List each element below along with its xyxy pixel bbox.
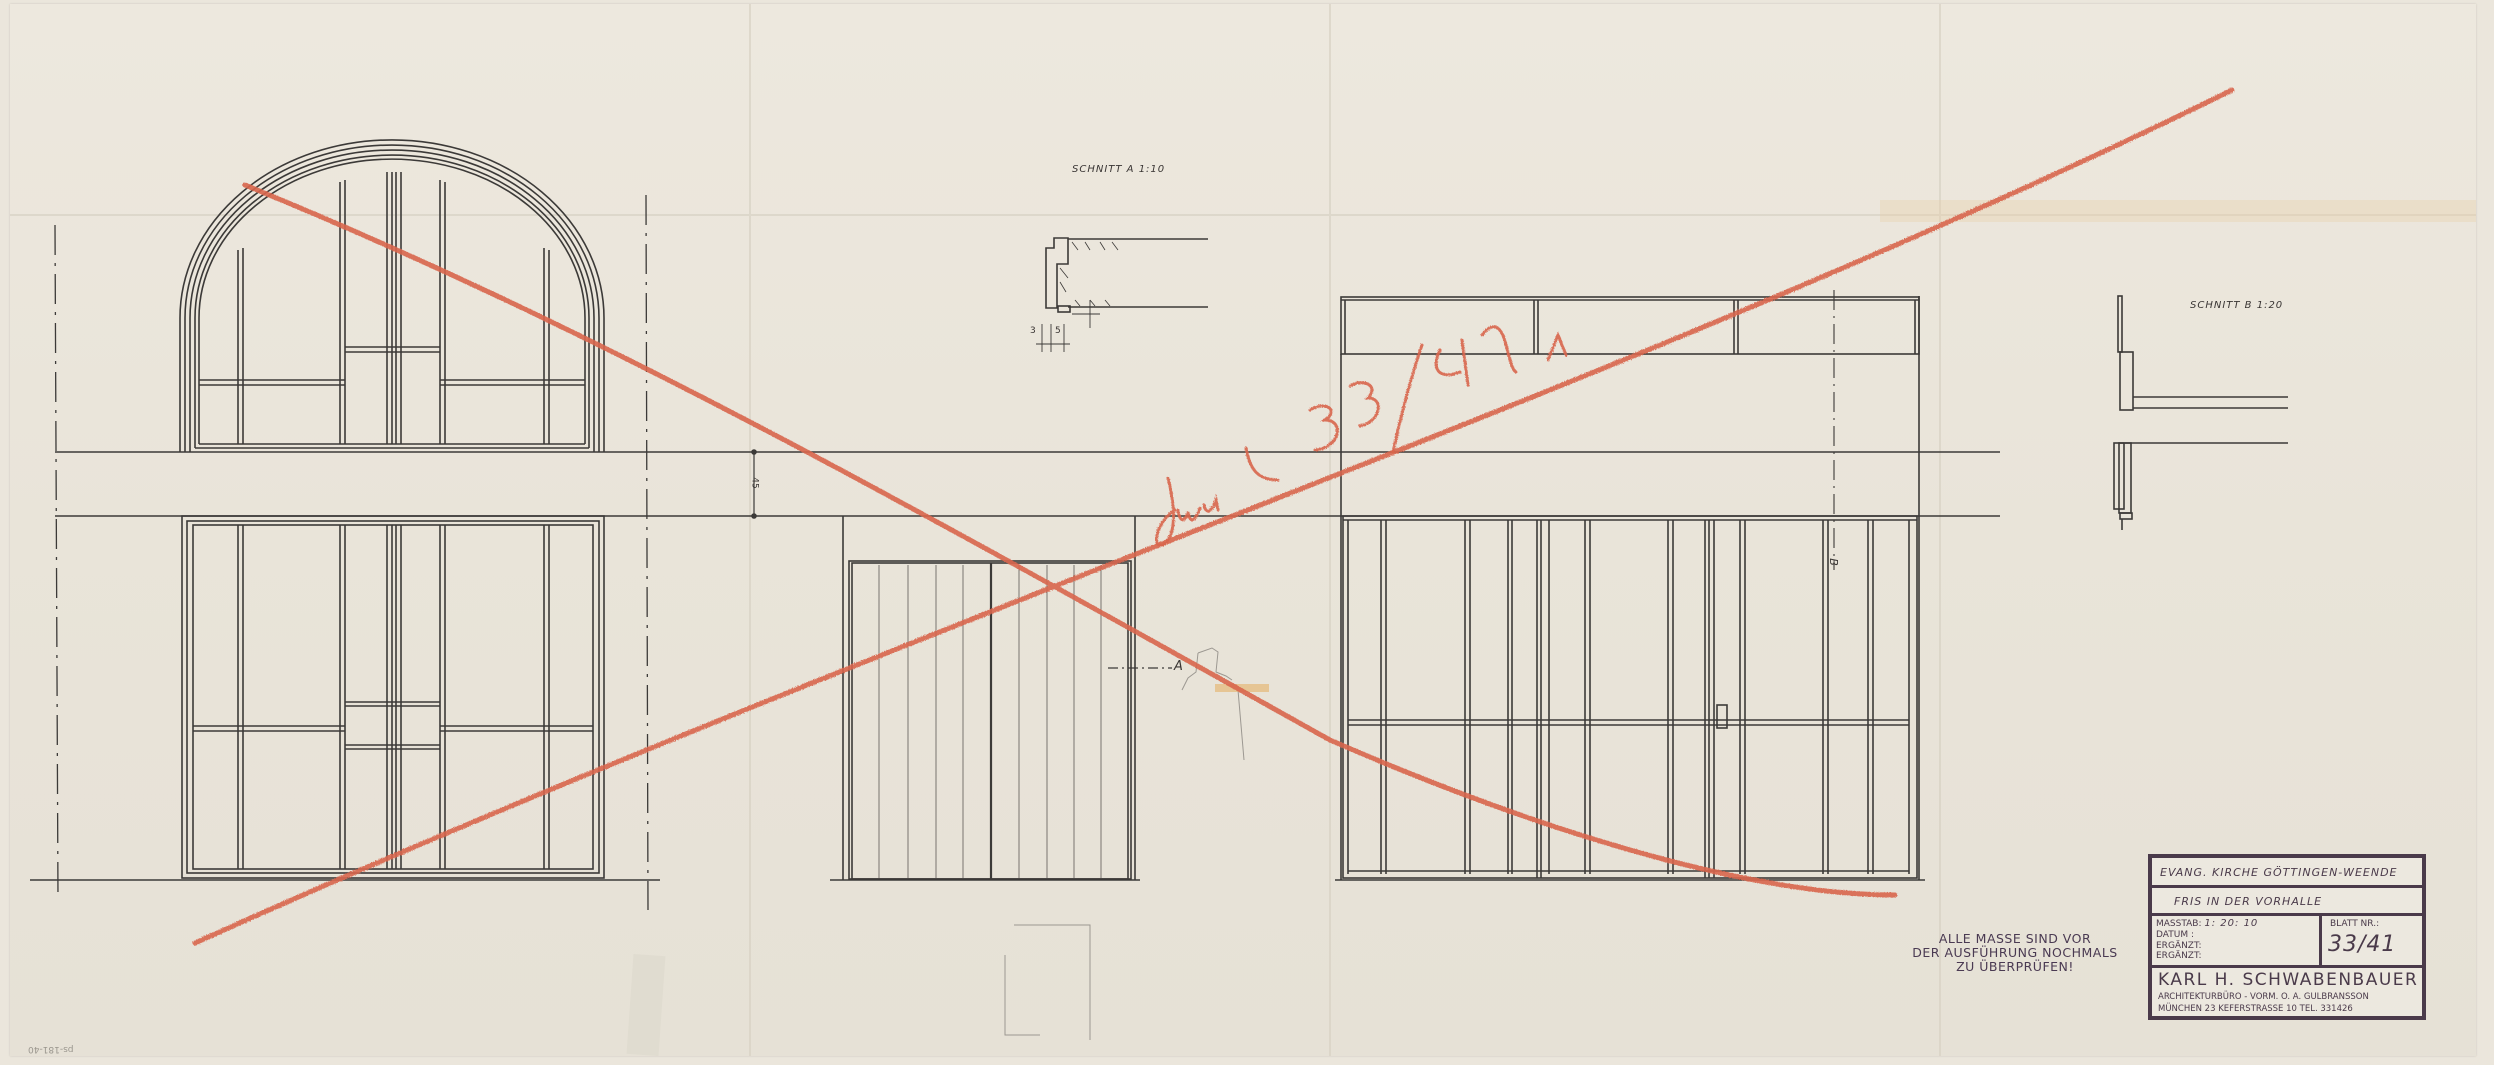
sheet-number-value: 33/41: [2328, 932, 2396, 957]
stamp-line-3: ZU ÜBERPRÜFEN!: [1900, 960, 2130, 974]
title-block-info-row: MASSTAB: 1: 20: 10 DATUM : ERGÄNZT: ERGÄ…: [2152, 916, 2422, 968]
title-block-project-row: EVANG. KIRCHE GÖTTINGEN-WEENDE: [2152, 858, 2422, 888]
section-a-dim-5: 5: [1055, 326, 1061, 336]
stamp-line-1: ALLE MASSE SIND VOR: [1900, 932, 2130, 946]
left-double-door: [182, 516, 604, 878]
datum-label: DATUM :: [2156, 930, 2194, 940]
section-a-detail: [1036, 238, 1208, 352]
fold-lines: [10, 4, 2476, 1056]
architect-address: MÜNCHEN 23 KEFERSTRASSE 10 TEL. 331426: [2158, 1004, 2353, 1014]
architect-name: KARL H. SCHWABENBAUER: [2158, 970, 2418, 990]
title-block-architect-row: KARL H. SCHWABENBAUER ARCHITEKTURBÜRO - …: [2152, 968, 2422, 1018]
section-a-marker: A: [1174, 659, 1184, 674]
scale-value: 1: 20: 10: [2204, 918, 2258, 929]
section-a-label: SCHNITT A 1:10: [1072, 164, 1165, 175]
center-wooden-door: [843, 516, 1172, 880]
red-handwritten-note: [1156, 327, 1566, 545]
architect-office: ARCHITEKTURBÜRO - VORM. O. A. GULBRANSSO…: [2158, 992, 2369, 1002]
scale-date-cell: MASSTAB: 1: 20: 10 DATUM : ERGÄNZT: ERGÄ…: [2152, 916, 2322, 965]
drawing-subject: FRIS IN DER VORHALLE: [2174, 895, 2322, 908]
frieze-box: [1341, 290, 1919, 880]
title-block-subject-row: FRIS IN DER VORHALLE: [2152, 888, 2422, 916]
title-block: EVANG. KIRCHE GÖTTINGEN-WEENDE FRIS IN D…: [2148, 854, 2426, 1020]
section-a-dim-3: 3: [1030, 326, 1036, 336]
architectural-drawing: [0, 0, 2494, 1065]
dimension-45-label: 45: [750, 477, 760, 488]
inventory-number: ps-181-40: [28, 1044, 74, 1054]
ink-lines: [30, 140, 2288, 910]
project-name: EVANG. KIRCHE GÖTTINGEN-WEENDE: [2160, 866, 2398, 879]
tape-residue: [627, 954, 666, 1056]
section-b-detail: [2114, 296, 2288, 530]
section-b-marker: B: [1827, 558, 1840, 567]
sheet-number-label: BLATT NR.:: [2330, 919, 2379, 929]
stamp-line-2: DER AUSFÜHRUNG NOCHMALS: [1900, 946, 2130, 960]
verification-stamp: ALLE MASSE SIND VOR DER AUSFÜHRUNG NOCHM…: [1900, 932, 2130, 974]
scale-label: MASSTAB:: [2156, 919, 2202, 929]
section-b-label: SCHNITT B 1:20: [2190, 300, 2283, 311]
erganzt-label-1: ERGÄNZT:: [2156, 941, 2202, 951]
pencil-sketch: [1005, 648, 1244, 1040]
erganzt-label-2: ERGÄNZT:: [2156, 951, 2202, 961]
right-glazed-wall: [1343, 516, 1917, 878]
drawing-sheet: SCHNITT A 1:10 SCHNITT B 1:20 3 5 45 A B…: [0, 0, 2494, 1065]
